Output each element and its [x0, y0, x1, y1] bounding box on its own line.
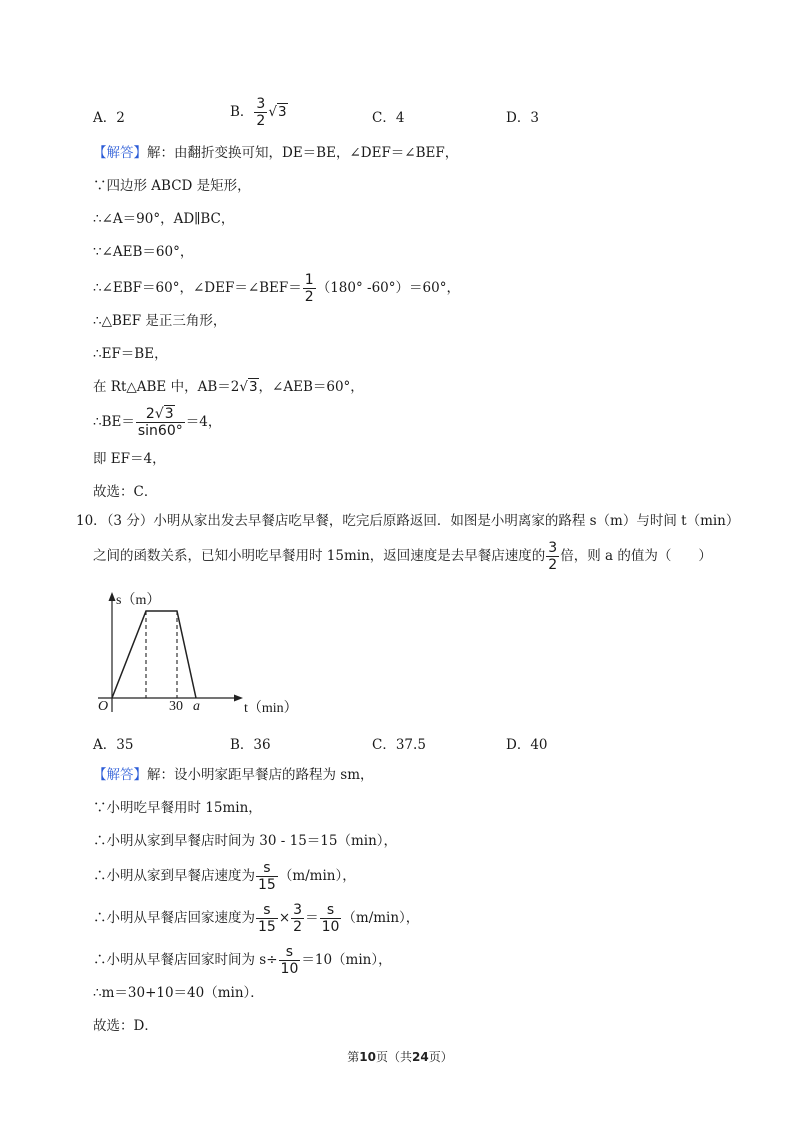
solution-line: ∴EF＝BE，: [93, 344, 168, 364]
tick-label-30: 30: [169, 699, 183, 715]
y-axis-label: s（m）: [116, 589, 160, 609]
fraction: 32: [254, 96, 267, 129]
fraction-be: 2√3sin60°: [136, 406, 185, 439]
solution-line: 故选：D．: [93, 1016, 158, 1036]
solution-line: ∴小明从早餐店回家时间为 s÷s10＝10（min），: [93, 944, 392, 977]
answer-tag: 【解答】: [93, 767, 147, 783]
option-b: B．36: [230, 733, 271, 753]
fraction: s15: [256, 902, 278, 935]
sqrt-symbol: √3: [239, 378, 258, 395]
solution-line: ∵小明吃早餐用时 15min，: [93, 798, 262, 818]
question-text: 小明从家出发去早餐店吃早餐，吃完后原路返回．如图是小明离家的路程 s（m）与时间…: [153, 513, 739, 529]
x-axis-label: t（min）: [244, 697, 298, 717]
question-10-line2: 之间的函数关系，已知小明吃早餐用时 15min，返回速度是去早餐店速度的32倍，…: [93, 540, 712, 573]
fraction: s10: [279, 944, 301, 977]
fraction: s15: [256, 860, 278, 893]
solution-line: ∴m＝30+10＝40（min）．: [93, 983, 264, 1003]
solution-line: ∴△BEF 是正三角形，: [93, 311, 226, 331]
solution-line: ∴小明从早餐店回家速度为s15×32＝s10（m/min），: [93, 902, 419, 935]
option-a: A．2: [93, 106, 125, 126]
solution-line: ∴小明从家到早餐店速度为s15（m/min），: [93, 860, 356, 893]
fraction: 32: [291, 902, 304, 935]
solution-line: ∵∠AEB＝60°，: [93, 242, 193, 262]
solution-line: ∴∠EBF＝60°，∠DEF＝∠BEF＝12（180° ‑60°）＝60°，: [93, 272, 460, 305]
option-d: D．40: [506, 733, 548, 753]
solution-line: 解：由翻折变换可知，DE＝BE，∠DEF＝∠BEF，: [147, 145, 458, 161]
origin-label: O: [98, 699, 108, 715]
option-c: C．37.5: [372, 733, 426, 753]
solution-header: 【解答】解：设小明家距早餐店的路程为 sm，: [93, 765, 374, 785]
option-b: B．32√3: [230, 96, 288, 129]
s-t-line: [112, 611, 196, 698]
y-axis-arrow-icon: [109, 592, 116, 601]
x-axis-arrow-icon: [234, 695, 243, 702]
sqrt-symbol: √3: [268, 103, 287, 120]
page-footer: 第10页（共24页）: [0, 1048, 800, 1065]
fraction-half: 12: [303, 272, 316, 305]
question-number: 10．: [76, 513, 107, 529]
solution-line: 在 Rt△ABE 中，AB＝2√3，∠AEB＝60°，: [93, 377, 364, 397]
option-a: A．35: [93, 733, 133, 753]
fraction: s10: [320, 902, 342, 935]
question-score: （3 分）: [107, 513, 154, 529]
solution-line: ∴∠A＝90°，AD∥BC，: [93, 209, 234, 229]
solution-line: ∴小明从家到早餐店时间为 30 ‑ 15＝15（min），: [93, 831, 397, 851]
option-letter: B．: [230, 104, 253, 120]
question-10-line1: 10．（3 分）小明从家出发去早餐店吃早餐，吃完后原路返回．如图是小明离家的路程…: [76, 511, 739, 531]
option-d: D．3: [506, 106, 539, 126]
solution-header: 【解答】解：由翻折变换可知，DE＝BE，∠DEF＝∠BEF，: [93, 143, 458, 163]
solution-line: 故选：C．: [93, 482, 157, 502]
solution-line: ∴BE＝2√3sin60°＝4，: [93, 406, 221, 439]
solution-line: ∵四边形 ABCD 是矩形，: [93, 176, 251, 196]
solution-line: 即 EF＝4，: [93, 449, 166, 469]
answer-tag: 【解答】: [93, 145, 147, 161]
option-c: C．4: [372, 106, 404, 126]
distance-time-graph: s（m） O 30 a t（min）: [88, 585, 308, 715]
fraction-ratio: 32: [546, 540, 559, 573]
total-pages: 24: [412, 1050, 429, 1064]
option-letter: A．: [93, 110, 116, 126]
tick-label-a: a: [193, 699, 200, 715]
option-value: 2: [116, 110, 125, 126]
page-number: 10: [359, 1050, 376, 1064]
